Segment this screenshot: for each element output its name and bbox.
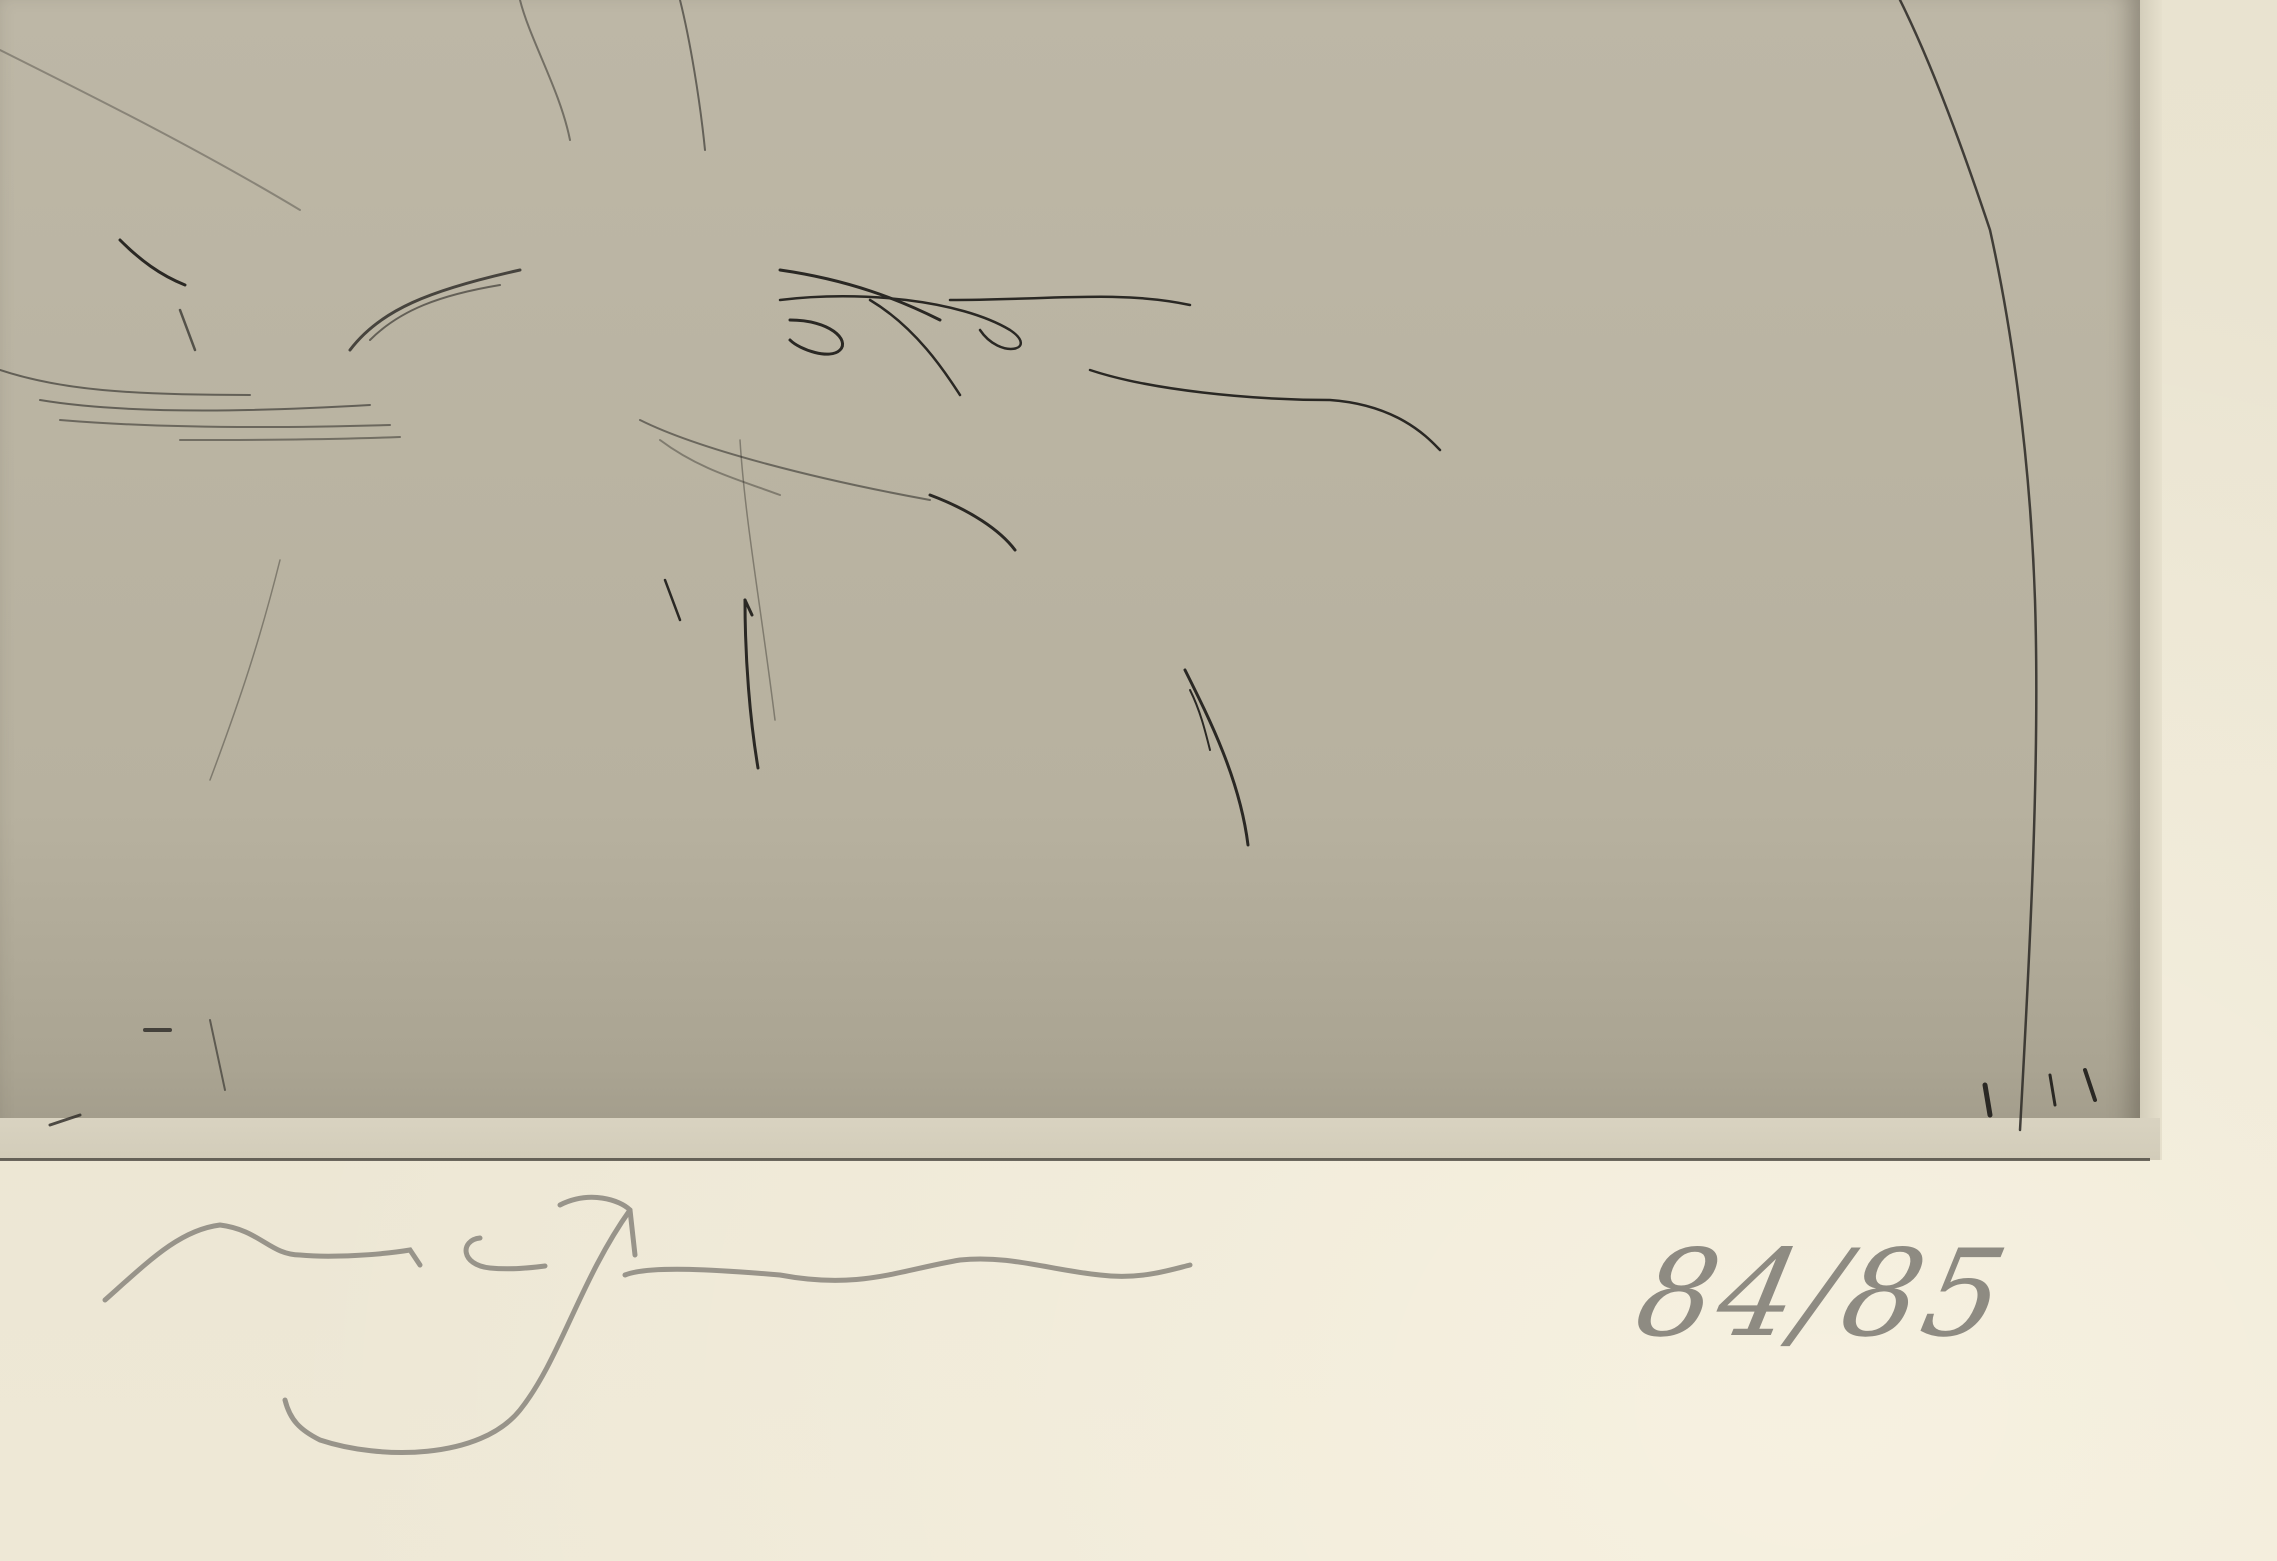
edition-number: 84/85: [1625, 1225, 2020, 1364]
